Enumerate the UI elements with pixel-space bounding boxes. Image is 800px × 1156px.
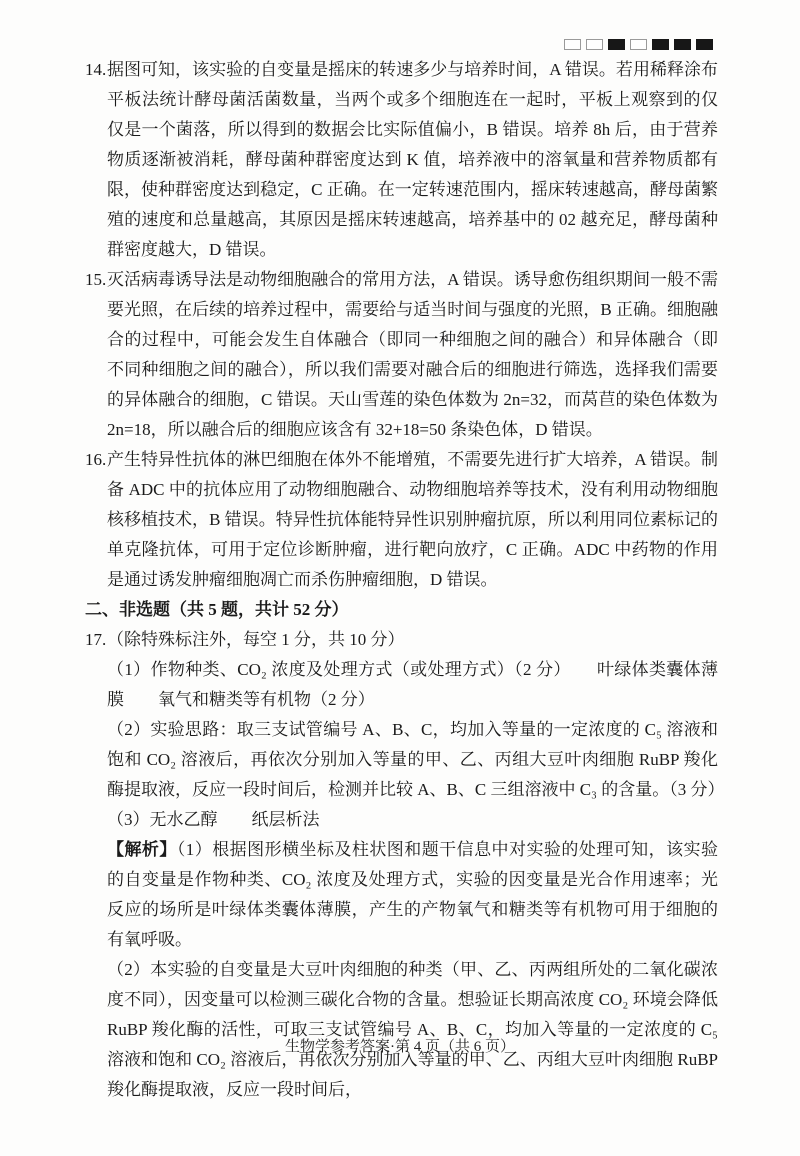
question-number: 15. (85, 265, 106, 295)
alignment-mark-icon (652, 39, 669, 50)
alignment-mark-icon (564, 39, 581, 50)
answer-blank-3: （3）无水乙醇 纸层析法 (107, 805, 718, 835)
analysis-text-1: （1）根据图形横坐标及柱状图和题干信息中对实验的处理可知，该实验的自变量是作物种… (107, 840, 718, 949)
analysis-paragraph-2: （2）本实验的自变量是大豆叶肉细胞的种类（甲、乙、丙两组所处的二氧化碳浓度不同）… (107, 955, 718, 1105)
answer-item-14: 14. 据图可知，该实验的自变量是摇床的转速多少与培养时间，A 错误。若用稀释涂… (85, 55, 718, 265)
alignment-mark-icon (586, 39, 603, 50)
answer-explanation-text: 产生特异性抗体的淋巴细胞在体外不能增殖，不需要先进行扩大培养，A 错误。制备 A… (107, 445, 718, 595)
answers-body: 14. 据图可知，该实验的自变量是摇床的转速多少与培养时间，A 错误。若用稀释涂… (85, 55, 718, 1105)
footer-text: 生物学参考答案·第 4 页（共 6 页） (285, 1039, 515, 1055)
answer-explanation-text: 据图可知，该实验的自变量是摇床的转速多少与培养时间，A 错误。若用稀释涂布平板法… (107, 55, 718, 265)
page-footer: 生物学参考答案·第 4 页（共 6 页） (0, 1035, 800, 1059)
alignment-mark-icon (696, 39, 713, 50)
answer-item-17: 17. （除特殊标注外，每空 1 分，共 10 分） （1）作物种类、CO₂ 浓… (85, 625, 718, 1105)
analysis-paragraph-1: 【解析】（1）根据图形横坐标及柱状图和题干信息中对实验的处理可知，该实验的自变量… (107, 835, 718, 955)
analysis-label: 【解析】 (107, 840, 177, 859)
answer-explanation-text: 灭活病毒诱导法是动物细胞融合的常用方法，A 错误。诱导愈伤组织期间一般不需要光照… (107, 265, 718, 445)
alignment-mark-icon (674, 39, 691, 50)
question-number: 16. (85, 445, 106, 475)
answer-blank-1: （1）作物种类、CO₂ 浓度及处理方式（或处理方式）（2 分） 叶绿体类囊体薄膜… (107, 655, 718, 715)
question-number: 14. (85, 55, 106, 85)
question-number: 17. (85, 625, 106, 655)
answer-item-15: 15. 灭活病毒诱导法是动物细胞融合的常用方法，A 错误。诱导愈伤组织期间一般不… (85, 265, 718, 445)
document-page: 14. 据图可知，该实验的自变量是摇床的转速多少与培养时间，A 错误。若用稀释涂… (0, 0, 800, 1156)
answer-sheet-alignment-marks (564, 39, 713, 50)
alignment-mark-icon (608, 39, 625, 50)
scoring-note: （除特殊标注外，每空 1 分，共 10 分） (107, 625, 718, 655)
answer-item-16: 16. 产生特异性抗体的淋巴细胞在体外不能增殖，不需要先进行扩大培养，A 错误。… (85, 445, 718, 595)
answer-blank-2: （2）实验思路：取三支试管编号 A、B、C，均加入等量的一定浓度的 C₅ 溶液和… (107, 715, 718, 805)
section-heading: 二、非选题（共 5 题，共计 52 分） (85, 595, 718, 625)
alignment-mark-icon (630, 39, 647, 50)
